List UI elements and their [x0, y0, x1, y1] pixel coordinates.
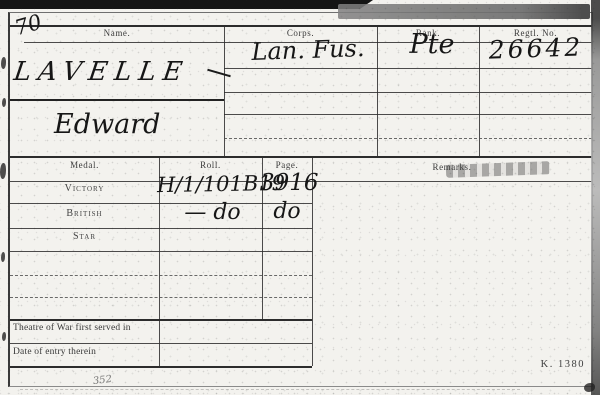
remarks-smudge-mark — [446, 161, 550, 178]
rule-date-bottom — [10, 366, 312, 368]
scan-ink-blob — [2, 332, 6, 341]
scan-black-band-top — [0, 0, 373, 9]
roll-ditto-british-handwritten: — do — [165, 202, 260, 224]
scan-ink-blob — [0, 163, 6, 179]
rule-name-corps-divider — [224, 25, 225, 156]
rule-row — [224, 138, 592, 139]
medal-row-label-victory: Victory — [10, 183, 159, 194]
scan-gray-strip-top-right — [338, 4, 590, 19]
surname-handwritten: LAVELLE — [12, 59, 191, 85]
rule-medal-row — [10, 297, 312, 298]
forename-handwritten: Edward — [54, 111, 160, 138]
rule-medal-row — [10, 228, 312, 229]
rule-header-top — [10, 25, 592, 27]
rule-row — [224, 114, 592, 115]
scan-ink-blob — [1, 252, 5, 262]
theatre-of-war-label: Theatre of War first served in — [13, 323, 171, 333]
page-value-victory-handwritten: 3916 — [260, 172, 314, 195]
scan-bottom-edge-line — [20, 389, 520, 390]
rule-theatre-top — [10, 319, 312, 321]
roll-column-header: Roll. — [159, 160, 262, 170]
form-reference: K. 1380 — [510, 359, 585, 370]
medal-index-card: Name. Corps. Rank. Regtl. No. Medal. Rol… — [8, 12, 593, 387]
scan-right-edge-band — [591, 0, 600, 395]
rule-row — [224, 68, 592, 69]
rule-medal-row — [10, 251, 312, 252]
rank-value-handwritten: Pte — [382, 31, 482, 58]
scan-ink-blob — [1, 57, 6, 69]
rule-remarks-underline — [312, 181, 592, 182]
rule-surname-underline — [10, 99, 224, 101]
page-ditto-british-handwritten: do — [262, 201, 312, 223]
scan-ink-blob — [2, 98, 6, 107]
regtl-no-value-handwritten: 26642 — [482, 34, 591, 63]
rule-theatre-date-divider — [10, 343, 312, 344]
rule-row — [224, 92, 592, 93]
rule-medal-row — [10, 275, 312, 276]
medal-row-label-british: British — [10, 208, 159, 219]
medal-column-header: Medal. — [10, 160, 159, 170]
rule-name-header-underline — [24, 42, 224, 43]
pen-tick-mark — [207, 69, 231, 78]
page-column-header: Page. — [262, 160, 312, 170]
medal-row-label-star: Star — [10, 231, 159, 242]
rule-middle-section-top — [10, 156, 592, 158]
date-of-entry-label: Date of entry therein — [13, 347, 163, 357]
corps-value-handwritten: Lan. Fus. — [228, 35, 389, 65]
scanned-medal-index-card: Name. Corps. Rank. Regtl. No. Medal. Rol… — [0, 0, 600, 395]
